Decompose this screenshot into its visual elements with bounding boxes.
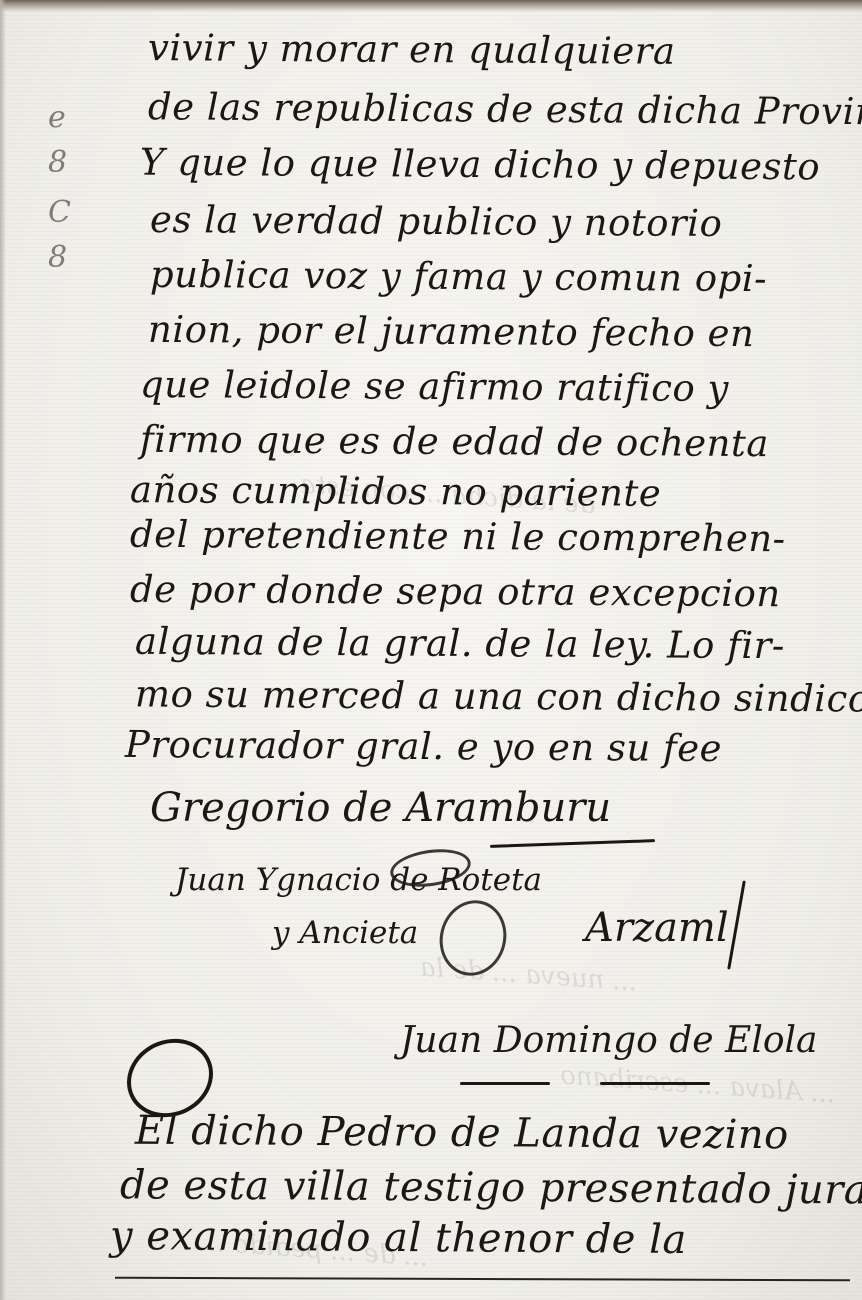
- margin-mark: 8: [48, 145, 67, 180]
- text-line: firmo que es de edad de ochenta: [140, 418, 769, 465]
- text-line: años cumplidos no pariente: [130, 468, 662, 515]
- page-left-edge: [0, 0, 6, 1300]
- margin-mark: C: [48, 195, 71, 230]
- text-line: es la verdad publico y notorio: [150, 198, 723, 245]
- text-line: alguna de la gral. de la ley. Lo fir-: [135, 620, 785, 668]
- text-line: El dicho Pedro de Landa vezino: [135, 1108, 789, 1159]
- text-line: que leidole se afirmo ratifico y: [140, 363, 729, 410]
- signature-flourish: [460, 1082, 550, 1085]
- text-line: Procurador gral. e yo en su fee: [125, 723, 722, 770]
- text-line: vivir y morar en qualquiera: [148, 26, 676, 73]
- signature-flourish: [600, 1082, 710, 1085]
- signature-flourish: [490, 839, 655, 848]
- text-line: de las republicas de esta dicha Provinci…: [148, 85, 862, 134]
- text-line: de esta villa testigo presentado jurado: [120, 1162, 862, 1214]
- closing-rule: [115, 1277, 850, 1282]
- signature-gregorio: Gregorio de Aramburu: [150, 785, 611, 831]
- signature-juan-domingo: Juan Domingo de Elola: [400, 1020, 817, 1061]
- signature-rubric: [431, 893, 514, 983]
- signature-flourish: [727, 880, 746, 969]
- signature-arzaml: Arzaml: [585, 905, 729, 951]
- signature-ancieta: y Ancieta: [272, 915, 418, 951]
- margin-mark: 8: [48, 240, 67, 275]
- text-line: Y que lo que lleva dicho y depuesto: [140, 141, 820, 189]
- text-line: y examinado al thenor de la: [110, 1213, 687, 1263]
- signature-juan-ignacio: Juan Ygnacio de Roteta: [175, 862, 542, 898]
- bleed-through-text: ... Alava ... escribano: [559, 1060, 836, 1109]
- page-top-edge: [0, 0, 862, 12]
- margin-mark: e: [48, 100, 66, 135]
- text-line: del pretendiente ni le comprehen-: [130, 513, 786, 561]
- manuscript-page: de la dicha ... con esta ... nueva ... d…: [0, 0, 862, 1300]
- text-line: nion, por el juramento fecho en: [148, 308, 755, 355]
- text-line: publica voz y fama y comun opi-: [150, 253, 767, 300]
- text-line: mo su merced a una con dicho sindico: [135, 672, 862, 720]
- text-line: de por donde sepa otra excepcion: [130, 568, 781, 616]
